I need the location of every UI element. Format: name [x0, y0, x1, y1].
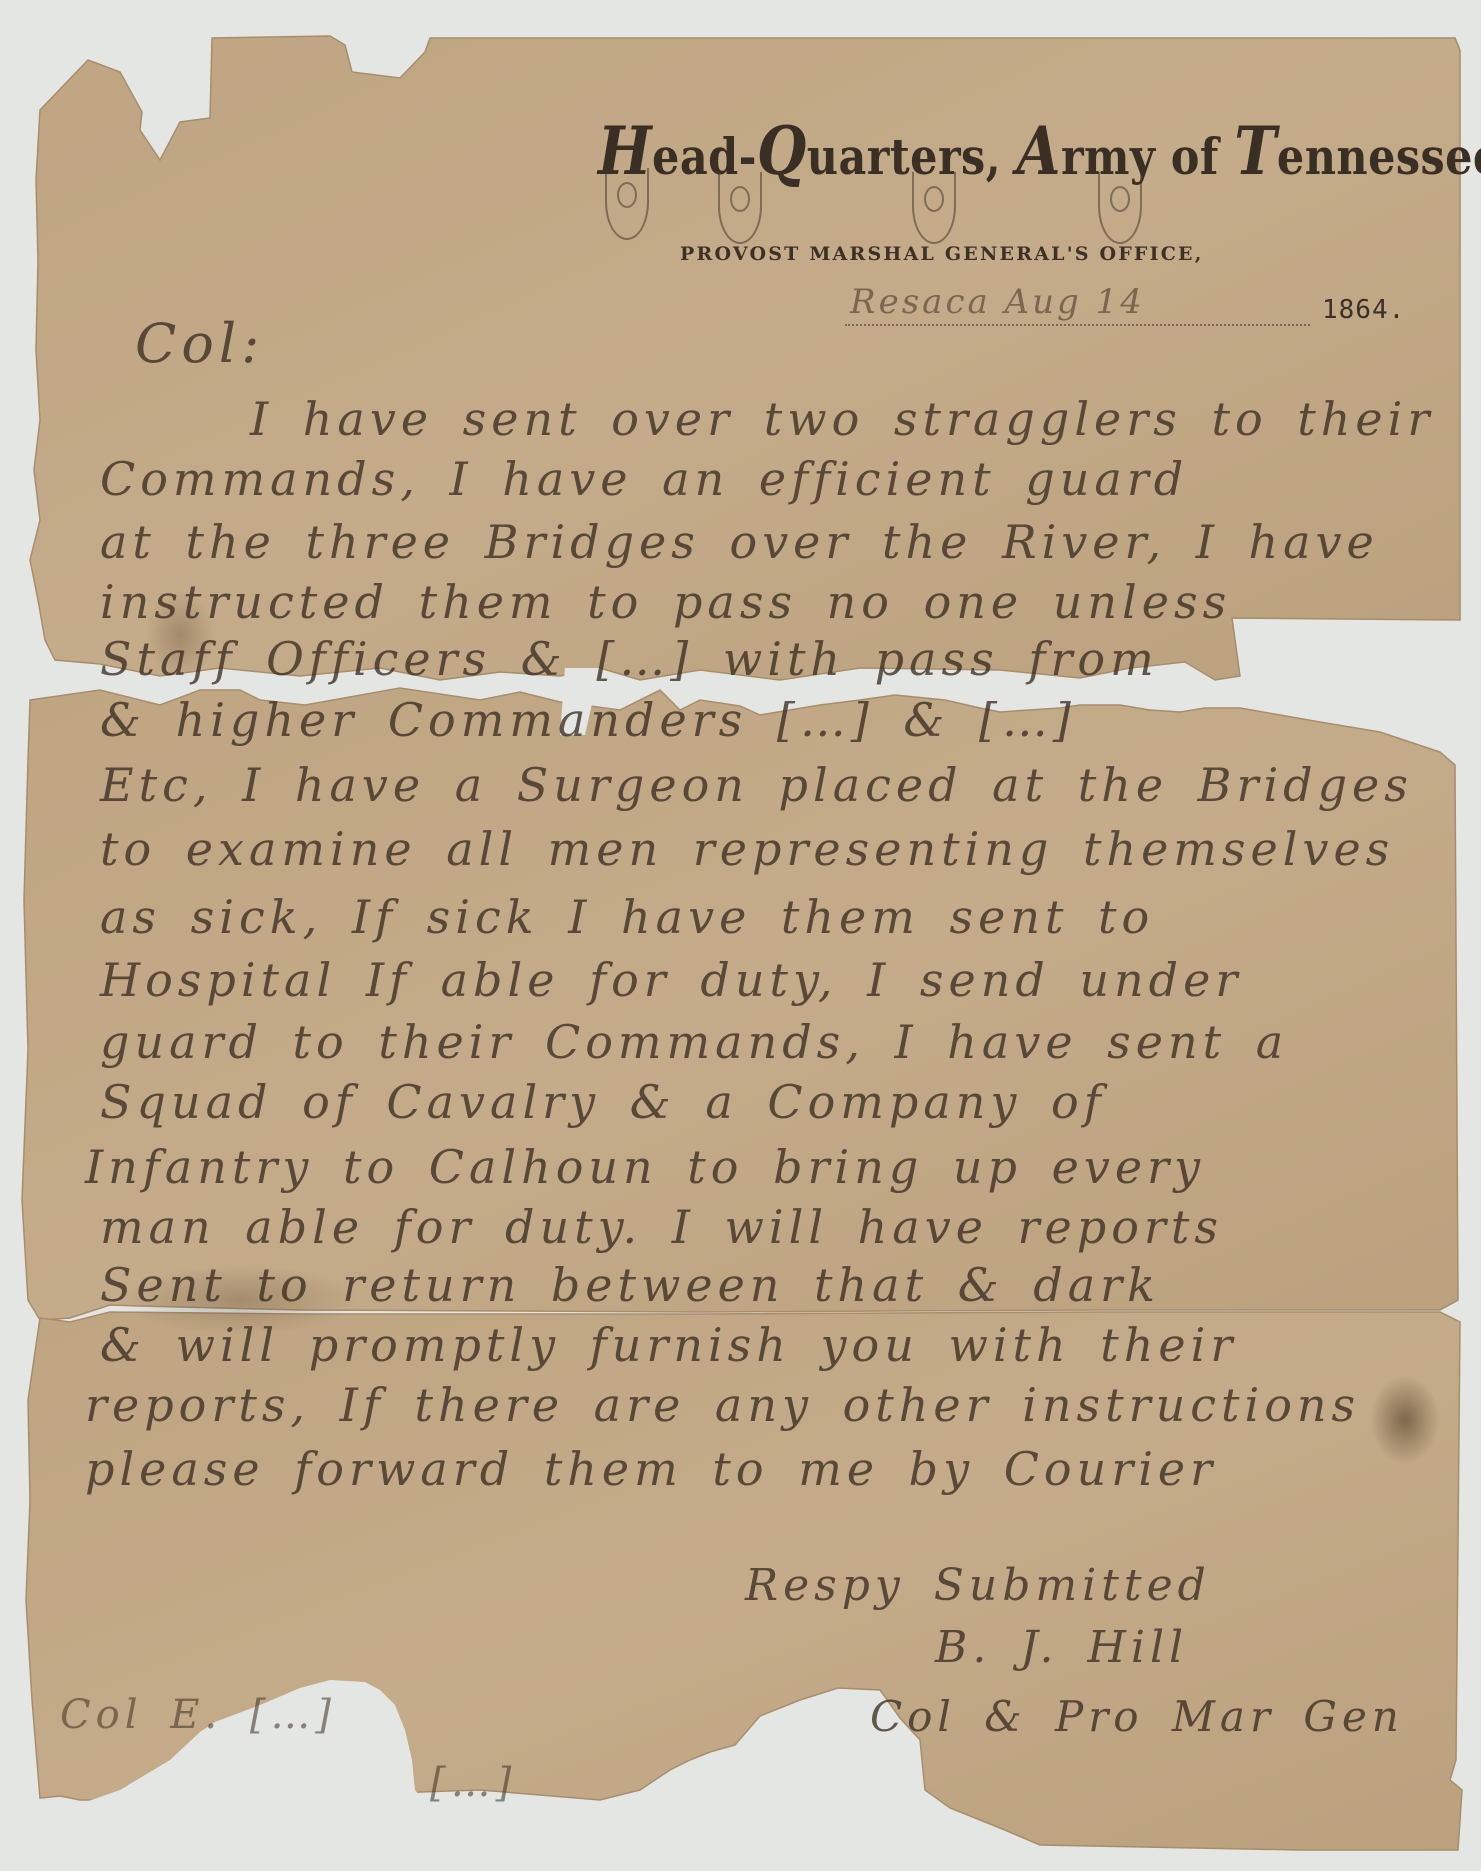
addressee-line: […]	[430, 1760, 516, 1806]
letter-content: Head-Quarters, Army of Tennessee, PROVOS…	[0, 0, 1481, 1871]
body-line: Hospital If able for duty, I send under	[100, 953, 1242, 1007]
body-line: at the three Bridges over the River, I h…	[100, 515, 1379, 569]
body-line: to examine all men representing themselv…	[100, 822, 1394, 876]
body-line: Squad of Cavalry & a Company of	[100, 1075, 1106, 1129]
date-year: 1864.	[1322, 295, 1405, 325]
body-line: Etc, I have a Surgeon placed at the Brid…	[100, 758, 1413, 812]
body-line: please forward them to me by Courier	[85, 1442, 1217, 1496]
letterhead-word: ennessee,	[1277, 127, 1481, 186]
letterhead-initial: T	[1234, 112, 1277, 190]
signature-title: Col & Pro Mar Gen	[870, 1692, 1404, 1741]
body-line: Sent to return between that & dark	[100, 1258, 1160, 1312]
body-line: Staff Officers & […] with pass from	[100, 632, 1159, 686]
addressee-line: Col E. […]	[60, 1692, 336, 1738]
body-line: I have sent over two stragglers to their	[250, 392, 1434, 446]
body-line: guard to their Commands, I have sent a	[100, 1015, 1288, 1069]
letterhead-word: rmy of	[1061, 127, 1234, 186]
signature: B. J. Hill	[935, 1622, 1188, 1673]
closing: Respy Submitted	[745, 1560, 1211, 1611]
body-line: & will promptly furnish you with their	[100, 1318, 1237, 1372]
body-line: Commands, I have an efficient guard	[100, 452, 1188, 506]
body-line: & higher Commanders […] & […]	[100, 693, 1076, 747]
letterhead-subtitle: PROVOST MARSHAL GENERAL'S OFFICE,	[680, 243, 1204, 265]
salutation: Col:	[135, 312, 264, 375]
body-line: man able for duty. I will have reports	[100, 1200, 1223, 1254]
stain-mark	[1370, 1375, 1440, 1465]
flourish-ornament-icon	[718, 172, 762, 244]
date-underline	[845, 300, 1310, 326]
body-line: Infantry to Calhoun to bring up every	[85, 1140, 1205, 1194]
flourish-ornament-icon	[912, 172, 956, 244]
letterhead-initial: A	[1016, 112, 1060, 190]
body-line: as sick, If sick I have them sent to	[100, 890, 1154, 944]
flourish-ornament-icon	[1098, 172, 1142, 244]
body-line: instructed them to pass no one unless	[100, 575, 1231, 629]
flourish-ornament-icon	[605, 168, 649, 240]
body-line: reports, If there are any other instruct…	[85, 1378, 1360, 1432]
letterhead-initial: Q	[757, 112, 807, 190]
